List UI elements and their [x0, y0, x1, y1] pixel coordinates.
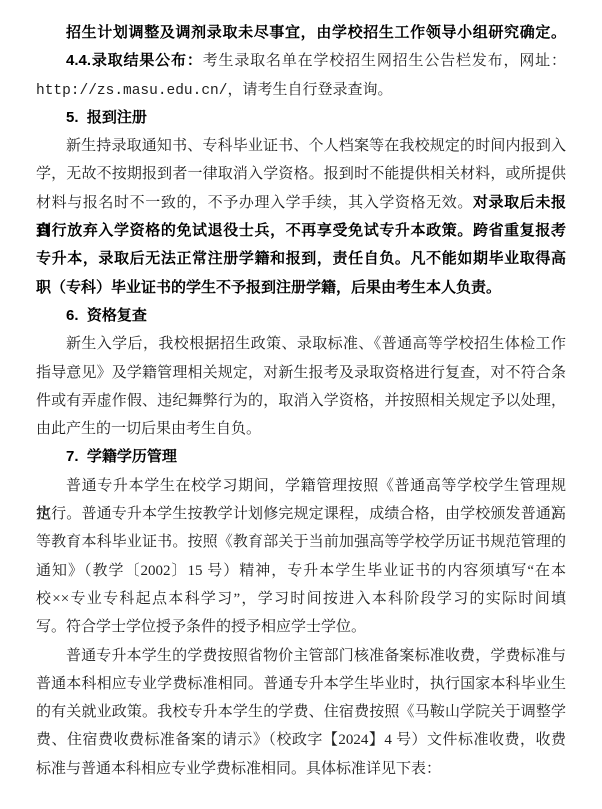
text-line: 6. 资格复查	[36, 302, 566, 330]
text-run: 标准与普通本科相应专业学费标准相同。具体标准详见下表：	[36, 761, 441, 777]
bold-text-run: 7. 学籍学历管理	[66, 448, 177, 465]
text-line: 自行放弃入学资格的免试退役士兵，不再享受免试专升本政策。跨省重复报考	[36, 217, 566, 245]
text-line: 普通本科相应专业学费标准相同。普通专升本学生毕业时，执行国家本科毕业生	[36, 670, 566, 698]
text-line: 新生持录取通知书、专科毕业证书、个人档案等在我校规定的时间内报到入	[36, 132, 566, 160]
url-text-run: http://zs.masu.edu.cn/	[36, 83, 227, 99]
text-run: ，请考生自行登录查询。	[227, 82, 392, 98]
text-line: 校××专业专科起点本科学习”，学习时间按进入本科阶段学习的实际时间填	[36, 585, 566, 613]
document-lines: 招生计划调整及调剂录取未尽事宜，由学校招生工作领导小组研究确定。4.4.录取结果…	[36, 19, 566, 783]
bold-text-run: 自行放弃入学资格的免试退役士兵，不再享受免试专升本政策。跨省重复报考	[36, 222, 566, 239]
text-run: 新生持录取通知书、专科毕业证书、个人档案等在我校规定的时间内报到入	[66, 138, 566, 154]
text-line: 4.4.录取结果公布：考生录取名单在学校招生网招生公告栏发布，网址：	[36, 47, 566, 75]
text-line: 等教育本科毕业证书。按照《教育部关于当前加强高等学校学历证书规范管理的	[36, 528, 566, 556]
text-run: 由此产生的一切后果由考生自负。	[36, 421, 261, 437]
text-run: 的有关就业政策。我校专升本学生的学费、住宿费按照《马鞍山学院关于调整学	[36, 704, 566, 720]
text-run: 件或有弄虚作假、违纪舞弊行为的，取消入学资格，并按照相关规定予以处理，	[36, 393, 566, 409]
text-run: 费、住宿费收费标准备案的请示》（校政字【2024】4 号）文件标准收费，收费	[36, 732, 566, 748]
text-line: 职（专科）毕业证书的学生不予报到注册学籍，后果由考生本人负责。	[36, 274, 566, 302]
bold-text-run: 职（专科）毕业证书的学生不予报到注册学籍，后果由考生本人负责。	[36, 279, 501, 296]
bold-text-run: 专升本，录取后无法正常注册学籍和报到，责任自负。凡不能如期毕业取得高	[36, 250, 566, 267]
text-line: http://zs.masu.edu.cn/，请考生自行登录查询。	[36, 76, 566, 104]
text-line: 执行。普通专升本学生按教学计划修完规定课程，成绩合格，由学校颁发普通高	[36, 500, 566, 528]
text-line: 5. 报到注册	[36, 104, 566, 132]
bold-text-run: 4.4.录取结果公布：	[66, 52, 203, 69]
text-line: 专升本，录取后无法正常注册学籍和报到，责任自负。凡不能如期毕业取得高	[36, 245, 566, 273]
text-line: 由此产生的一切后果由考生自负。	[36, 415, 566, 443]
text-run: 学，无故不按期报到者一律取消入学资格。报到时不能提供相关材料，或所提供	[36, 166, 566, 182]
text-line: 指导意见》及学籍管理相关规定，对新生报考及录取资格进行复查，对不符合条	[36, 359, 566, 387]
text-line: 的有关就业政策。我校专升本学生的学费、住宿费按照《马鞍山学院关于调整学	[36, 698, 566, 726]
text-line: 件或有弄虚作假、违纪舞弊行为的，取消入学资格，并按照相关规定予以处理，	[36, 387, 566, 415]
text-line: 7. 学籍学历管理	[36, 443, 566, 471]
text-line: 通知》（教学〔2002〕15 号）精神，专升本学生毕业证书的内容须填写“在本	[36, 557, 566, 585]
text-run: 等教育本科毕业证书。按照《教育部关于当前加强高等学校学历证书规范管理的	[36, 534, 566, 550]
text-run: 普通专升本学生的学费按照省物价主管部门核准备案标准收费，学费标准与	[66, 648, 566, 664]
text-run: 执行。普通专升本学生按教学计划修完规定课程，成绩合格，由学校颁发普通高	[36, 506, 566, 522]
bold-text-run: 5. 报到注册	[66, 109, 147, 126]
text-line: 招生计划调整及调剂录取未尽事宜，由学校招生工作领导小组研究确定。	[36, 19, 566, 47]
text-run: 材料与报名时不一致的，不予办理入学手续，其入学资格无效。	[36, 195, 473, 211]
text-line: 普通专升本学生在校学习期间，学籍管理按照《普通高等学校学生管理规定》	[36, 472, 566, 500]
text-line: 标准与普通本科相应专业学费标准相同。具体标准详见下表：	[36, 755, 566, 783]
text-line: 普通专升本学生的学费按照省物价主管部门核准备案标准收费，学费标准与	[36, 642, 566, 670]
text-run: 指导意见》及学籍管理相关规定，对新生报考及录取资格进行复查，对不符合条	[36, 365, 566, 381]
text-run: 校××专业专科起点本科学习”，学习时间按进入本科阶段学习的实际时间填	[36, 591, 566, 607]
bold-text-run: 6. 资格复查	[66, 307, 147, 324]
text-line: 写。符合学士学位授予条件的授予相应学士学位。	[36, 613, 566, 641]
text-line: 学，无故不按期报到者一律取消入学资格。报到时不能提供相关材料，或所提供	[36, 160, 566, 188]
text-run: 写。符合学士学位授予条件的授予相应学士学位。	[36, 619, 366, 635]
document-page: 招生计划调整及调剂录取未尽事宜，由学校招生工作领导小组研究确定。4.4.录取结果…	[0, 0, 602, 809]
text-run: 通知》（教学〔2002〕15 号）精神，专升本学生毕业证书的内容须填写“在本	[36, 563, 566, 579]
bold-text-run: 招生计划调整及调剂录取未尽事宜，由学校招生工作领导小组研究确定。	[66, 24, 566, 41]
text-line: 新生入学后，我校根据招生政策、录取标准、《普通高等学校招生体检工作	[36, 330, 566, 358]
text-run: 考生录取名单在学校招生网招生公告栏发布，网址：	[203, 53, 566, 69]
text-line: 费、住宿费收费标准备案的请示》（校政字【2024】4 号）文件标准收费，收费	[36, 726, 566, 754]
text-line: 材料与报名时不一致的，不予办理入学手续，其入学资格无效。对录取后未报到、	[36, 189, 566, 217]
text-run: 新生入学后，我校根据招生政策、录取标准、《普通高等学校招生体检工作	[66, 336, 566, 352]
text-run: 普通本科相应专业学费标准相同。普通专升本学生毕业时，执行国家本科毕业生	[36, 676, 566, 692]
